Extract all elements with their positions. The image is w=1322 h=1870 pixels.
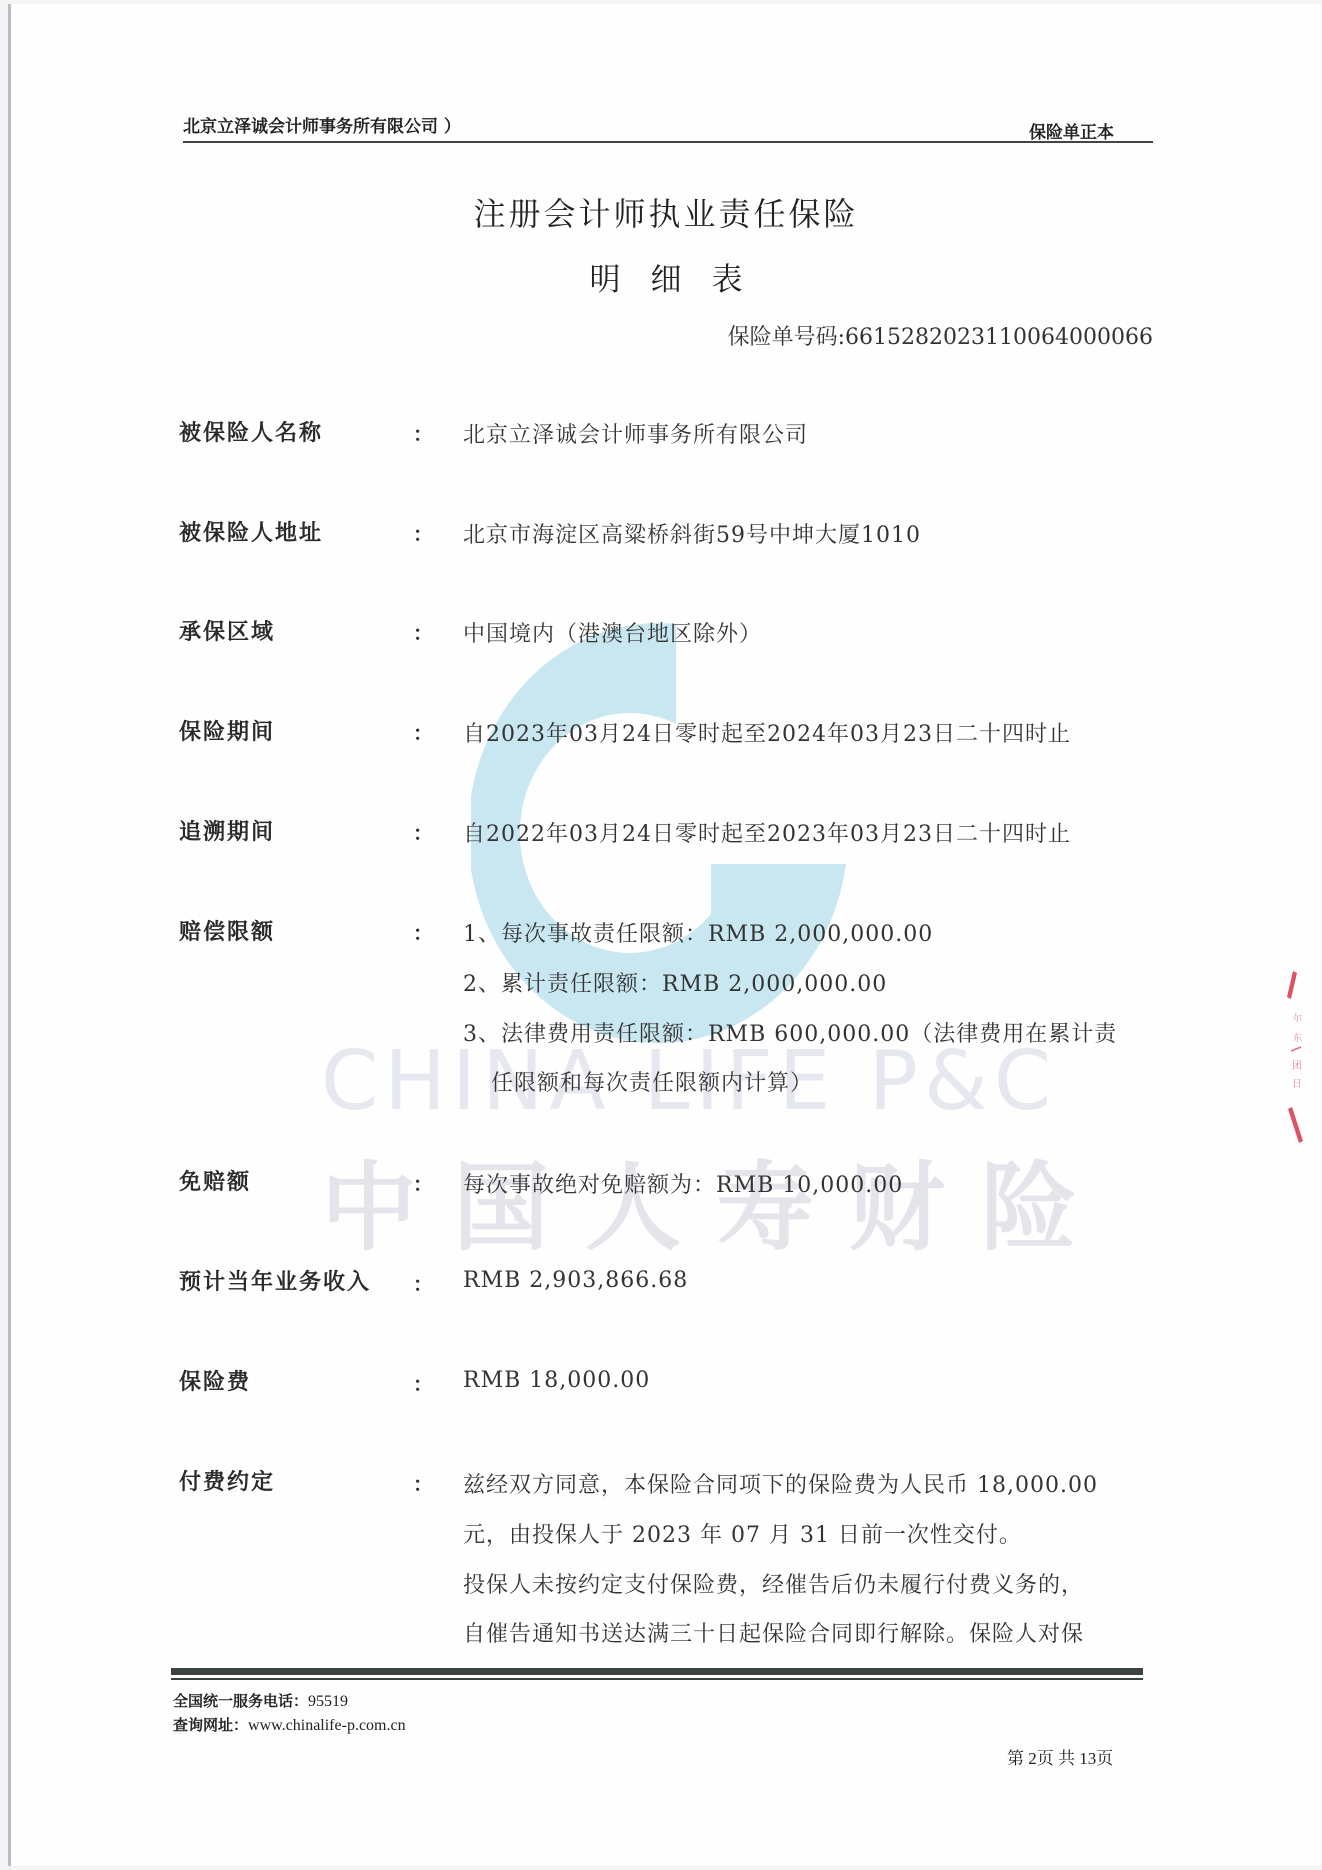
limit-line-1: 1、每次事故责任限额：RMB 2,000,000.00 <box>463 917 933 948</box>
payment-line-1: 兹经双方同意，本保险合同项下的保险费为人民币 18,000.00 <box>463 1468 1098 1499</box>
field-value: 自2023年03月24日零时起至2024年03月23日二十四时止 <box>463 717 1071 748</box>
field-value: 北京立泽诚会计师事务所有限公司 <box>463 418 808 449</box>
field-colon: ： <box>413 1468 433 1497</box>
seal-stamp-icon: 尔 东 团 日 <box>1283 969 1313 1149</box>
website-label: 查询网址： <box>173 1716 248 1734</box>
field-label: 保险费 <box>179 1365 251 1396</box>
field-label: 赔偿限额 <box>179 915 275 946</box>
field-colon: ： <box>413 617 433 646</box>
field-colon: ： <box>413 717 433 746</box>
field-colon: ： <box>413 917 433 946</box>
website-url[interactable]: www.chinalife-p.com.cn <box>248 1717 406 1734</box>
field-value: RMB 18,000.00 <box>463 1368 650 1393</box>
svg-text:尔: 尔 <box>1293 1012 1302 1024</box>
field-label: 免赔额 <box>179 1165 251 1196</box>
document-title: 注册会计师执业责任保险 <box>11 189 1321 235</box>
field-colon: ： <box>413 817 433 846</box>
header-divider <box>183 141 1153 143</box>
field-label: 付费约定 <box>179 1465 275 1496</box>
field-colon: ： <box>413 418 433 447</box>
field-label: 保险期间 <box>179 715 275 746</box>
footer-hotline: 全国统一服务电话：95519 <box>173 1690 348 1711</box>
field-colon: ： <box>413 518 433 547</box>
field-label: 被保险人名称 <box>179 416 323 447</box>
field-colon: ： <box>413 1268 433 1297</box>
watermark-chinese: 中国人寿财险 <box>321 1132 1113 1269</box>
payment-line-2: 元，由投保人于 2023 年 07 月 31 日前一次性交付。 <box>463 1518 1022 1549</box>
document-page: CHINA LIFE P&C 中国人寿财险 北京立泽诚会计师事务所有限公司 ） … <box>8 4 1321 1866</box>
field-colon: ： <box>413 1168 433 1197</box>
footer-website: 查询网址：www.chinalife-p.com.cn <box>173 1714 406 1735</box>
limit-line-4: 任限额和每次责任限额内计算） <box>491 1066 813 1097</box>
field-label: 承保区域 <box>179 615 275 646</box>
field-colon: ： <box>413 1368 433 1397</box>
payment-line-3: 投保人未按约定支付保险费，经催告后仍未履行付费义务的， <box>463 1568 1084 1599</box>
footer-divider-thick <box>171 1668 1143 1675</box>
payment-line-4: 自催告通知书送达满三十日起保险合同即行解除。保险人对保 <box>463 1617 1084 1648</box>
svg-text:日: 日 <box>1292 1078 1302 1090</box>
hotline-number: 95519 <box>308 1693 348 1710</box>
field-value: 自2022年03月24日零时起至2023年03月23日二十四时止 <box>463 817 1071 848</box>
document-subtitle: 明细表 <box>11 254 1321 299</box>
field-value: 每次事故绝对免赔额为：RMB 10,000.00 <box>463 1168 903 1199</box>
policy-number: 保险单号码:6615282023110064000066 <box>728 320 1153 351</box>
limit-line-2: 2、累计责任限额：RMB 2,000,000.00 <box>463 967 887 998</box>
svg-text:团: 团 <box>1292 1060 1302 1072</box>
field-value: 北京市海淀区高粱桥斜街59号中坤大厦1010 <box>463 518 921 549</box>
limit-line-3: 3、法律费用责任限额：RMB 600,000.00（法律费用在累计责 <box>463 1017 1117 1048</box>
field-label: 预计当年业务收入 <box>179 1265 371 1296</box>
header-company: 北京立泽诚会计师事务所有限公司 ） <box>183 112 461 137</box>
field-value: 中国境内（港澳台地区除外） <box>463 617 762 648</box>
hotline-label: 全国统一服务电话： <box>173 1692 308 1710</box>
footer-divider-thin <box>171 1678 1143 1680</box>
header-document-type: 保险单正本 <box>1029 118 1114 143</box>
field-label: 被保险人地址 <box>179 516 323 547</box>
field-value: RMB 2,903,866.68 <box>463 1268 688 1293</box>
field-label: 追溯期间 <box>179 815 275 846</box>
page-indicator: 第 2页 共 13页 <box>1007 1744 1113 1769</box>
svg-text:东: 东 <box>1293 1032 1302 1044</box>
